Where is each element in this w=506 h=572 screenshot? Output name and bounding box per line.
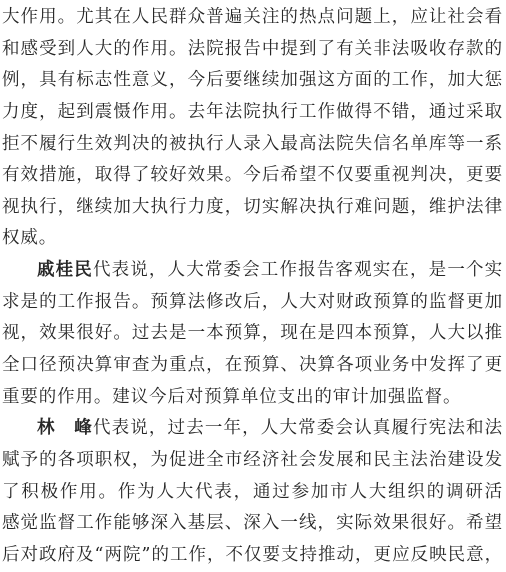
delegate-name: 戚桂民 xyxy=(37,260,93,280)
text-line: 力度，起到震慑作用。去年法院执行工作做得不错，通过采取将 xyxy=(2,97,503,129)
text-line: 大作用。尤其在人民群众普遍关注的热点问题上，应让社会看到 xyxy=(2,2,503,34)
text-line: 和感受到人大的作用。法院报告中提到了有关非法吸收存款的案 xyxy=(2,34,503,66)
text-line: 全口径预决算审查为重点，在预算、决算各项业务中发挥了更加 xyxy=(2,350,503,382)
text-line: 权威。 xyxy=(2,223,503,255)
text-line: 戚桂民代表说，人大常委会工作报告客观实在，是一个实事 xyxy=(2,255,503,287)
text-line: 视执行，继续加大执行力度，切实解决执行难问题，维护法律的 xyxy=(2,192,503,224)
text-line: 拒不履行生效判决的被执行人录入最高法院失信名单库等一系列 xyxy=(2,129,503,161)
text-line: 视，效果很好。过去是一本预算，现在是四本预算，人大以推进 xyxy=(2,318,503,350)
delegate-name: 林 峰 xyxy=(37,418,93,438)
text-line: 赋予的各项职权，为促进全市经济社会发展和民主法治建设发挥 xyxy=(2,445,503,477)
text-line: 后对政府及“两院”的工作，不仅要支持推动，更应反映民意， xyxy=(2,540,503,572)
text-line: 了积极作用。作为人大代表，通过参加市人大组织的调研活动， xyxy=(2,477,503,509)
document-body: 大作用。尤其在人民群众普遍关注的热点问题上，应让社会看到和感受到人大的作用。法院… xyxy=(0,0,506,572)
document-page: 大作用。尤其在人民群众普遍关注的热点问题上，应让社会看到和感受到人大的作用。法院… xyxy=(0,0,506,572)
text-line: 林 峰代表说，过去一年，人大常委会认真履行宪法和法律 xyxy=(2,413,503,445)
text-line: 有效措施，取得了较好效果。今后希望不仅要重视判决，更要重 xyxy=(2,160,503,192)
text-line: 求是的工作报告。预算法修改后，人大对财政预算的监督更加重 xyxy=(2,287,503,319)
text-line: 例，具有标志性意义，今后要继续加强这方面的工作，加大惩处 xyxy=(2,65,503,97)
text-line: 重要的作用。建议今后对预算单位支出的审计加强监督。 xyxy=(2,382,503,414)
text-line: 感觉监督工作能够深入基层、深入一线，实际效果很好。希望今 xyxy=(2,508,503,540)
